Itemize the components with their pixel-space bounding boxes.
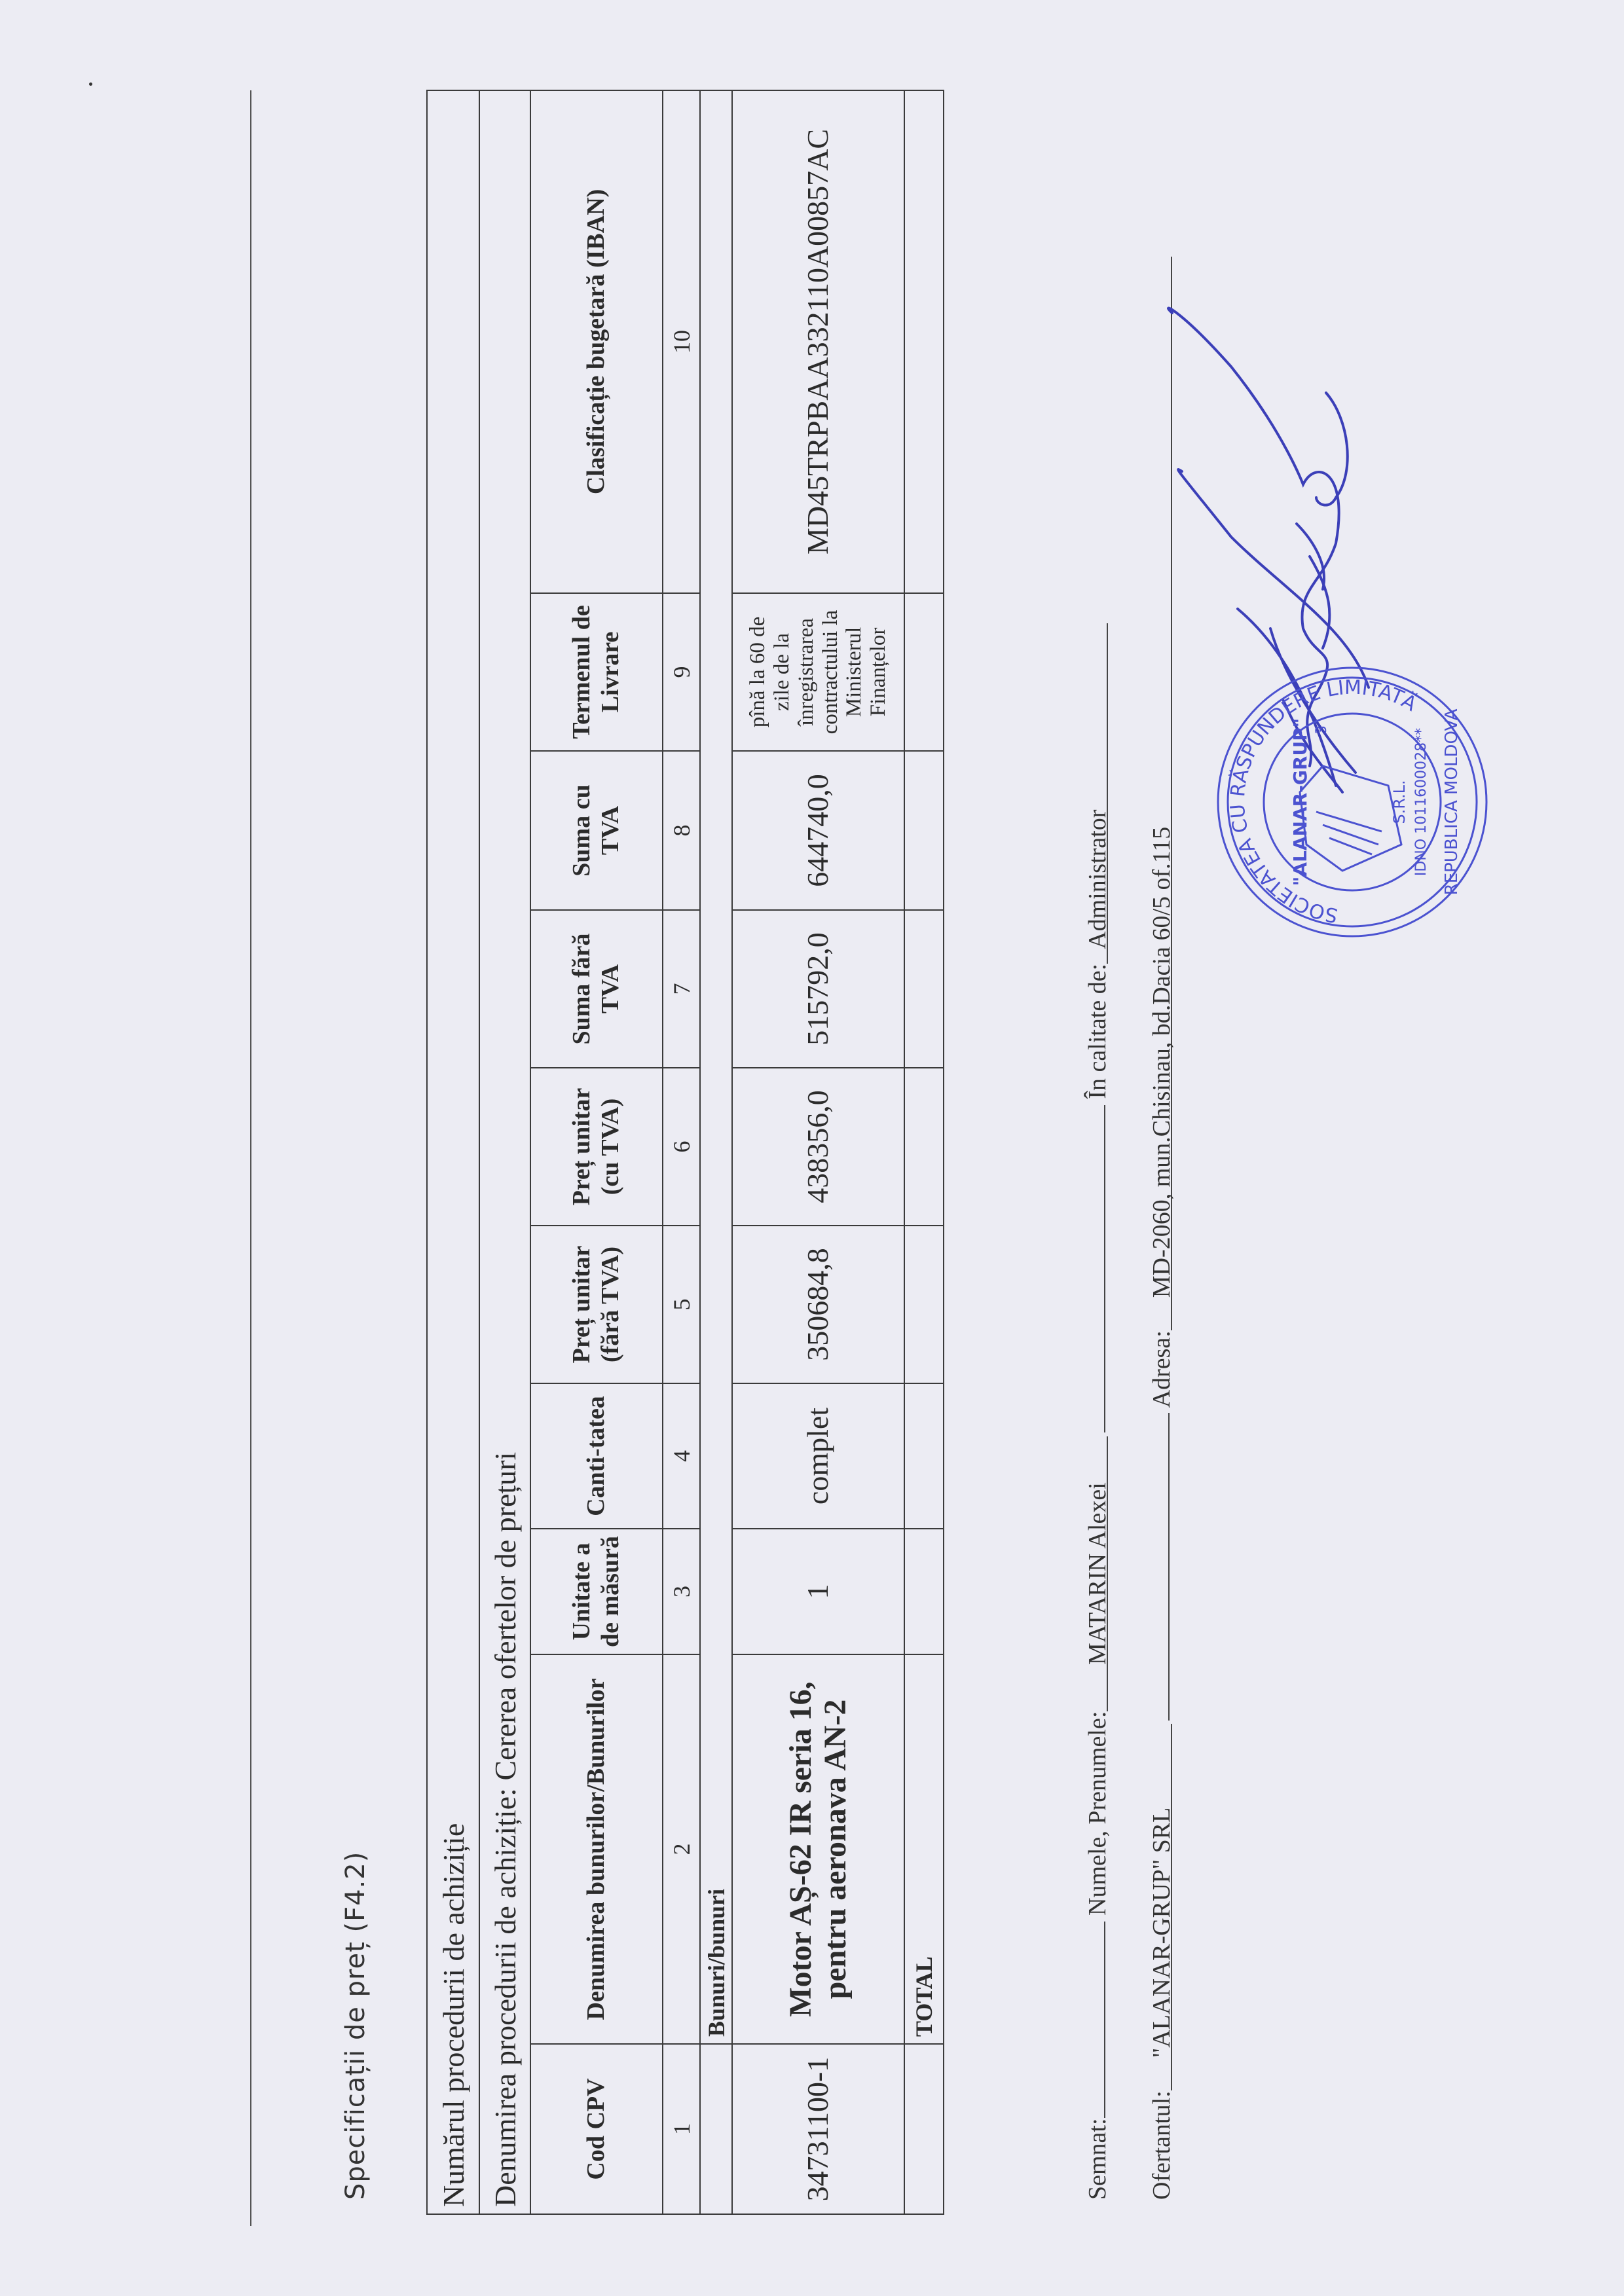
- procedure-name-cell: Denumirea procedurii de achiziție: Cerer…: [479, 90, 530, 2214]
- total-row: TOTAL: [904, 90, 944, 2214]
- header-clasificatie: Clasificație bugetară (IBAN): [530, 90, 663, 593]
- header-rule: [250, 90, 251, 2226]
- bidder-value: "ALANAR-GRUP" SRL: [1148, 1808, 1175, 2091]
- signed-label: Semnat:: [1084, 2118, 1111, 2200]
- cell-suma-fara-tva: 515792,0: [732, 910, 904, 1068]
- total-cell: [904, 1529, 944, 1654]
- cell-pret-cu-tva: 438356,0: [732, 1068, 904, 1226]
- address-field: MD-2060, mun.Chisinau, bd.Dacia 60/5 of.…: [1147, 257, 1172, 1330]
- group-label: Bunuri/bunuri: [700, 90, 732, 2044]
- cell-suma-cu-tva: 644740,0: [732, 751, 904, 910]
- header-pret-cu-tva: Preț unitar (cu TVA): [530, 1068, 663, 1226]
- col-num: 4: [663, 1383, 700, 1529]
- bidder-line: Ofertantul:"ALANAR-GRUP" SRL Adresa:MD-2…: [1145, 257, 1176, 2200]
- col-num: 3: [663, 1529, 700, 1654]
- procedure-number-cell: Numărul procedurii de achiziție: [427, 90, 479, 2214]
- document-title: Specificații de preț (F4.2): [341, 1851, 371, 2200]
- col-num: 10: [663, 90, 700, 593]
- document-page: Specificații de preț (F4.2) Numărul proc…: [0, 0, 1624, 2296]
- total-label: TOTAL: [904, 1654, 944, 2044]
- group-row: Bunuri/bunuri: [700, 90, 732, 2214]
- cell-unitate: 1: [732, 1529, 904, 1654]
- col-num: 5: [663, 1226, 700, 1383]
- cell-iban: MD45TRPBAA332110A00857AC: [732, 90, 904, 593]
- table-header-row: Cod CPV Denumirea bunurilor/Bunurilor Un…: [530, 90, 663, 2214]
- signature-field: [1080, 1922, 1105, 2118]
- cell-cantitatea: complet: [732, 1383, 904, 1529]
- role-value: Administrator: [1084, 810, 1111, 964]
- total-cell: [904, 1068, 944, 1226]
- role-field: Administrator: [1083, 623, 1108, 964]
- address-label: Adresa:: [1148, 1330, 1175, 1408]
- col-num: 1: [663, 2044, 700, 2214]
- scan-speck: [89, 82, 92, 86]
- bidder-trailing-line: [1145, 1413, 1170, 1721]
- total-cell: [904, 910, 944, 1068]
- role-label: În calitate de:: [1084, 964, 1111, 1099]
- header-cantitatea: Canti-tatea: [530, 1383, 663, 1529]
- table-row: 34731100-1 Motor AȘ-62 IR seria 16, pent…: [732, 90, 904, 2214]
- bidder-field: "ALANAR-GRUP" SRL: [1147, 1724, 1172, 2090]
- name-label: Numele, Prenumele:: [1084, 1711, 1111, 1916]
- header-denumirea: Denumirea bunurilor/Bunurilor: [530, 1654, 663, 2044]
- price-specification-table: Numărul procedurii de achiziție Denumire…: [426, 90, 944, 2215]
- group-empty-cell: [700, 2044, 732, 2214]
- col-num: 8: [663, 751, 700, 910]
- cell-cod-cpv: 34731100-1: [732, 2044, 904, 2214]
- signature-line: Semnat: Numele, Prenumele:MATARIN Alexei…: [1080, 623, 1112, 2200]
- cell-pret-fara-tva: 350684,8: [732, 1226, 904, 1383]
- col-num: 9: [663, 593, 700, 751]
- total-cell: [904, 1226, 944, 1383]
- total-cell: [904, 1383, 944, 1529]
- total-cell: [904, 90, 944, 593]
- name-field: MATARIN Alexei: [1083, 1436, 1108, 1711]
- cell-termen-livrare: pînă la 60 de zile de la înregistrarea c…: [732, 593, 904, 751]
- col-num: 7: [663, 910, 700, 1068]
- total-cell: [904, 751, 944, 910]
- name-value: MATARIN Alexei: [1084, 1482, 1111, 1665]
- header-pret-fara-tva: Preț unitar (fără TVA): [530, 1226, 663, 1383]
- header-suma-fara-tva: Suma fără TVA: [530, 910, 663, 1068]
- header-unitate: Unitate a de măsură: [530, 1529, 663, 1654]
- col-num: 2: [663, 1654, 700, 2044]
- cell-denumirea: Motor AȘ-62 IR seria 16, pentru aeronava…: [732, 1654, 904, 2044]
- header-termen-livrare: Termenul de Livrare: [530, 593, 663, 751]
- header-suma-cu-tva: Suma cu TVA: [530, 751, 663, 910]
- header-cod-cpv: Cod CPV: [530, 2044, 663, 2214]
- name-trailing-line: [1080, 1105, 1105, 1432]
- bidder-label: Ofertantul:: [1148, 2090, 1175, 2200]
- address-value: MD-2060, mun.Chisinau, bd.Dacia 60/5 of.…: [1148, 827, 1175, 1330]
- column-number-row: 1 2 3 4 5 6 7 8 9 10: [663, 90, 700, 2214]
- total-empty-cell: [904, 2044, 944, 2214]
- total-cell: [904, 593, 944, 751]
- col-num: 6: [663, 1068, 700, 1226]
